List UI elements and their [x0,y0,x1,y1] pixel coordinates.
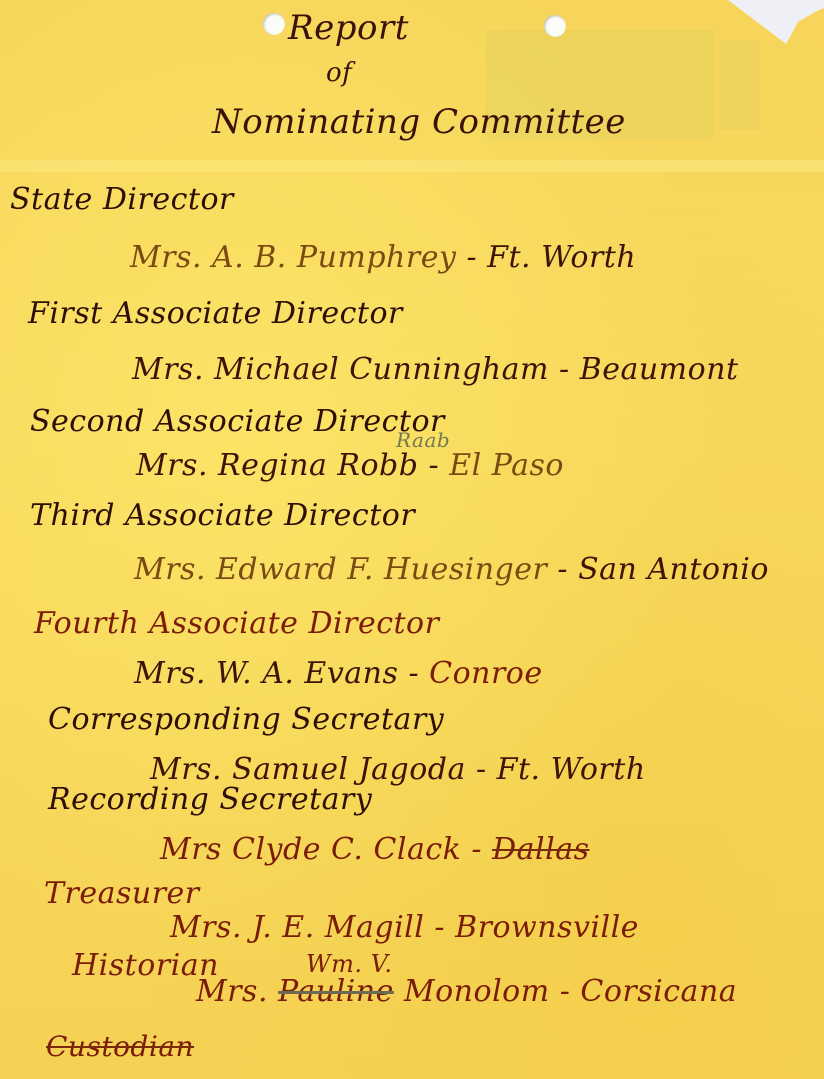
bleed-through-mark [720,40,760,130]
document-page: Report of Nominating Committee State Dir… [0,0,824,1079]
separator: - [476,752,487,787]
nominee-name: Mrs. Regina Robb [136,448,418,483]
separator: - [408,656,419,691]
nominee-historian: Mrs. Pauline Monolom - Corsicana [196,974,737,1009]
role-fourth-associate-director: Fourth Associate Director [34,606,439,641]
nominee-fourth-associate-director: Mrs. W. A. Evans - Conroe [134,656,543,691]
nominee-name: Mrs. Michael Cunningham [132,352,549,387]
nominee-city: Corsicana [580,974,737,1009]
title-report: Report [288,8,409,48]
separator: - [559,352,570,387]
separator: - [466,240,477,275]
role-state-director: State Director [10,182,234,217]
nominee-first-associate-director: Mrs. Michael Cunningham - Beaumont [132,352,739,387]
nominee-city: Ft. Worth [497,752,646,787]
role-label: Recording Secretary [48,782,372,817]
nominee-city: Conroe [429,656,543,691]
nominee-name: Mrs. J. E. Magill [170,910,424,945]
nominee-city: El Paso [449,448,564,483]
role-second-associate-director: Second Associate Director [30,404,445,439]
nominee-city: Brownsville [455,910,639,945]
struck-first-name: Pauline [278,974,394,1009]
nominee-city: Dallas [492,832,589,867]
nominee-city: Beaumont [580,352,739,387]
title-committee: Nominating Committee [212,102,626,142]
separator: - [557,552,568,587]
nominee-prefix: Mrs. [196,974,268,1009]
role-corresponding-secretary: Corresponding Secretary [48,702,444,737]
role-third-associate-director: Third Associate Director [30,498,415,533]
nominee-surname: Monolom [404,974,550,1009]
role-first-associate-director: First Associate Director [28,296,403,331]
role-recording-secretary: Recording Secretary [48,782,372,817]
title-of: of [326,58,352,88]
nominee-name: Mrs. Edward F. Huesinger [134,552,547,587]
separator: - [429,448,440,483]
punch-hole-right [544,15,566,37]
paper-fold [0,160,824,172]
nominee-recording-secretary: Mrs Clyde C. Clack - Dallas [160,832,590,867]
nominee-name: Mrs. W. A. Evans [134,656,398,691]
punch-hole-left [263,13,285,35]
separator: - [560,974,571,1009]
nominee-treasurer: Mrs. J. E. Magill - Brownsville [170,910,639,945]
nominee-city: Ft. Worth [487,240,636,275]
nominee-city: San Antonio [578,552,769,587]
role-treasurer: Treasurer [44,876,200,911]
separator: - [471,832,482,867]
nominee-state-director: Mrs. A. B. Pumphrey - Ft. Worth [130,240,636,275]
struck-role-custodian: Custodian [46,1030,194,1063]
nominee-name: Mrs. A. B. Pumphrey [130,240,456,275]
nominee-third-associate-director: Mrs. Edward F. Huesinger - San Antonio [134,552,769,587]
nominee-name: Mrs Clyde C. Clack [160,832,461,867]
nominee-second-associate-director: Mrs. Regina Robb - El Paso [136,448,564,483]
separator: - [434,910,445,945]
